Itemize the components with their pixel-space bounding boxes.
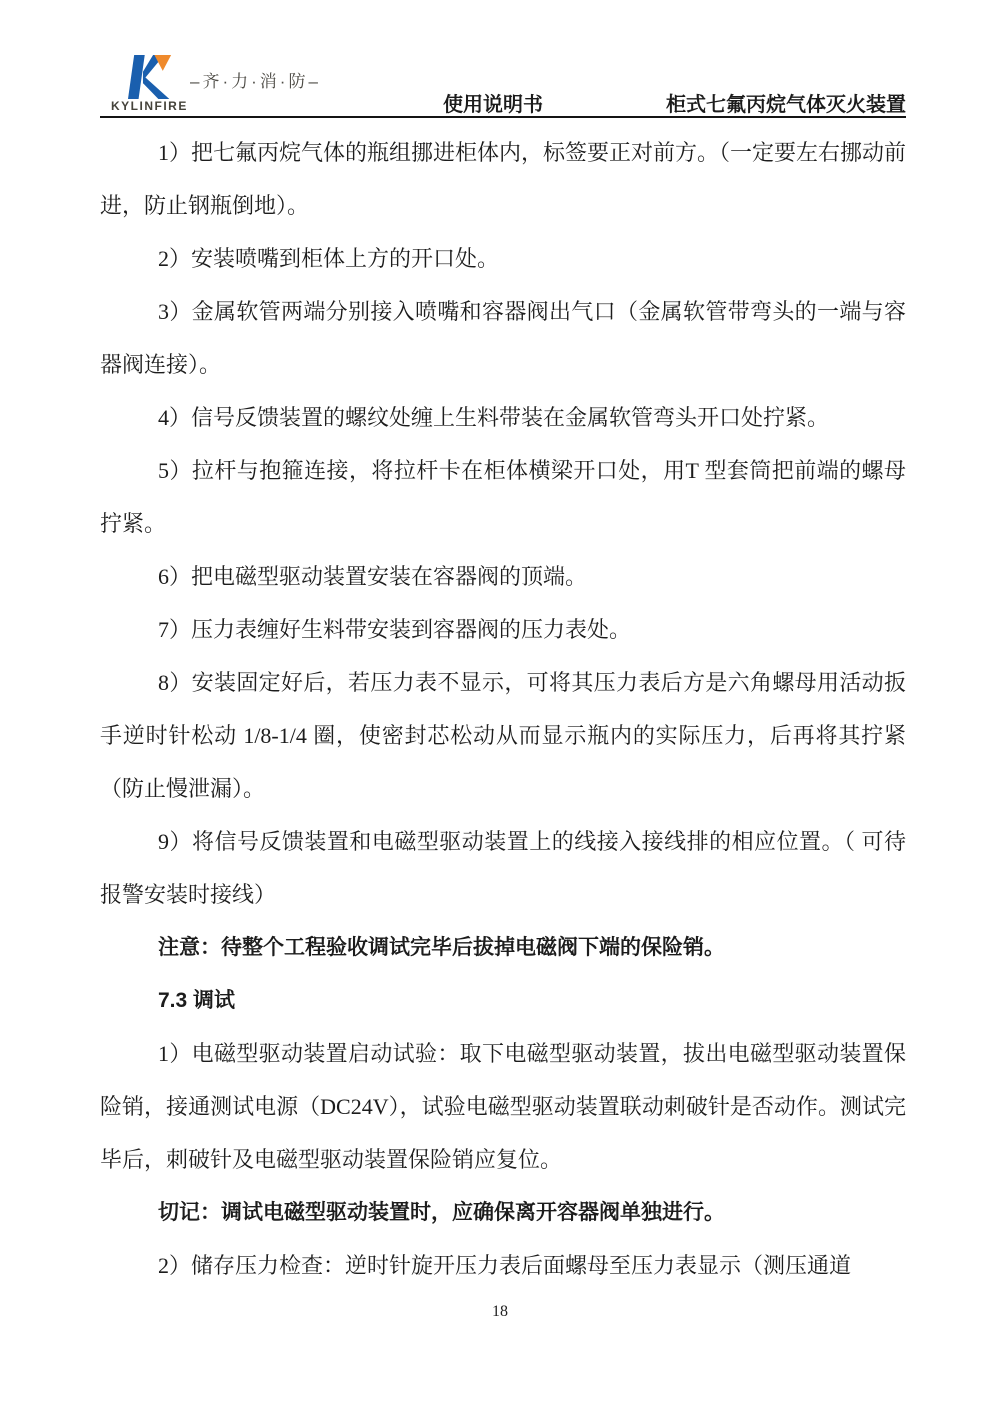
step-item-9: 9）将信号反馈装置和电磁型驱动装置上的线接入接线排的相应位置。（ 可待报警安装时… xyxy=(100,815,906,921)
logo-k-bar xyxy=(128,55,145,99)
logo-k-lower-arm xyxy=(143,75,169,99)
step-item-1: 1）把七氟丙烷气体的瓶组挪进柜体内，标签要正对前方。（一定要左右挪动前进，防止钢… xyxy=(100,126,906,232)
debug-step-1: 1）电磁型驱动装置启动试验：取下电磁型驱动装置，拔出电磁型驱动装置保险销，接通测… xyxy=(100,1027,906,1186)
note-line: 注意：待整个工程验收调试完毕后拔掉电磁阀下端的保险销。 xyxy=(100,921,906,974)
step-item-4: 4）信号反馈装置的螺纹处缠上生料带装在金属软管弯头开口处拧紧。 xyxy=(100,391,906,444)
step-item-5: 5）拉杆与抱箍连接，将拉杆卡在柜体横梁开口处，用T 型套筒把前端的螺母拧紧。 xyxy=(100,444,906,550)
logo-brand-text: KYLINFIRE xyxy=(111,99,221,113)
product-title: 柜式七氟丙烷气体灭火装置 xyxy=(666,88,906,117)
document-title: 使用说明书 xyxy=(443,88,543,117)
header-divider-line xyxy=(100,116,906,118)
page-number: 18 xyxy=(0,1303,1000,1321)
step-item-6: 6）把电磁型驱动装置安装在容器阀的顶端。 xyxy=(100,550,906,603)
warning-line: 切记：调试电磁型驱动装置时，应确保离开容器阀单独进行。 xyxy=(100,1186,906,1239)
step-item-7: 7）压力表缠好生料带安装到容器阀的压力表处。 xyxy=(100,603,906,656)
step-item-2: 2）安装喷嘴到柜体上方的开口处。 xyxy=(100,232,906,285)
manual-page: KYLINFIRE –齐·力·消·防– 使用说明书 柜式七氟丙烷气体灭火装置 1… xyxy=(0,0,1000,1414)
kylinfire-k-logo-icon xyxy=(128,55,172,99)
section-heading-7-3: 7.3 调试 xyxy=(100,974,906,1027)
debug-step-2: 2）储存压力检查：逆时针旋开压力表后面螺母至压力表显示（测压通道 xyxy=(100,1239,906,1292)
step-item-8: 8）安装固定好后，若压力表不显示，可将其压力表后方是六角螺母用活动扳手逆时针松动… xyxy=(100,656,906,815)
page-body: 1）把七氟丙烷气体的瓶组挪进柜体内，标签要正对前方。（一定要左右挪动前进，防止钢… xyxy=(100,126,906,1292)
step-item-3: 3）金属软管两端分别接入喷嘴和容器阀出气口（金属软管带弯头的一端与容器阀连接）。 xyxy=(100,285,906,391)
logo-slogan-text: –齐·力·消·防– xyxy=(190,67,321,92)
